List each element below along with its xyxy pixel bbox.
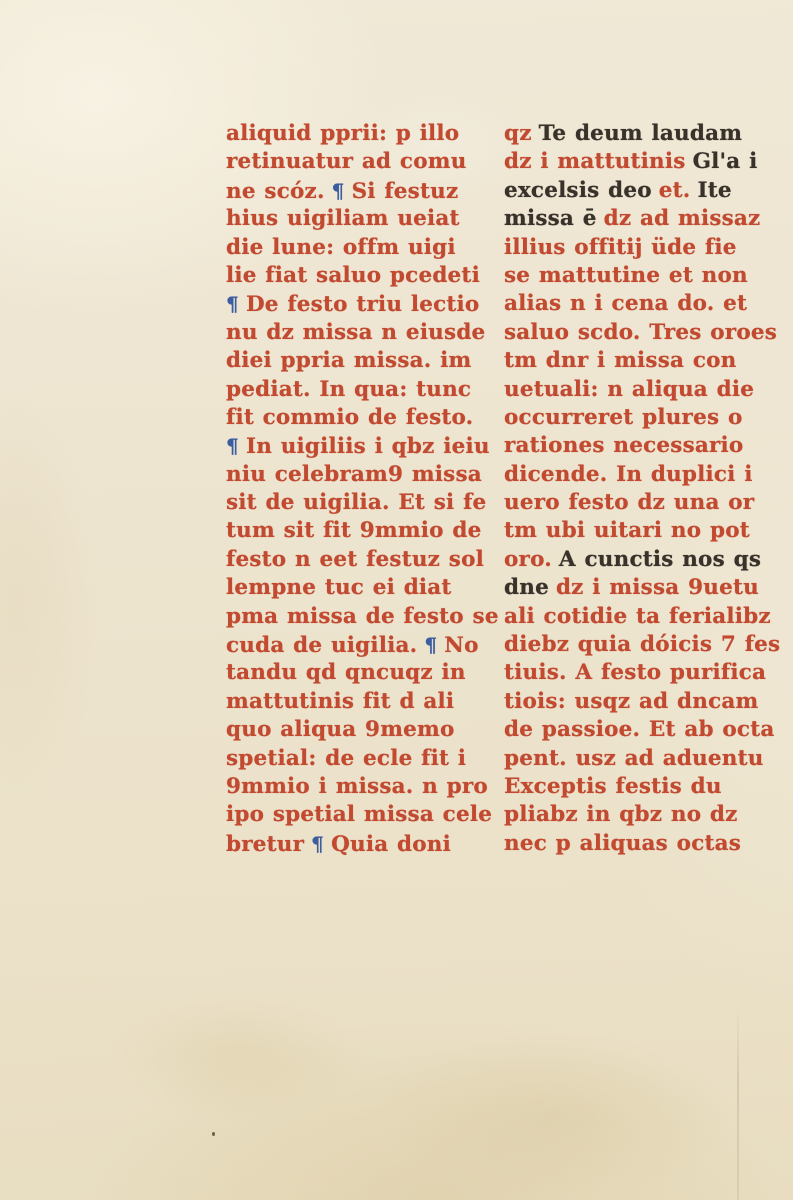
manuscript-line: uero festo dz una or: [504, 489, 760, 517]
text-segment: 9mmio i missa. n pro: [226, 774, 488, 799]
text-segment: Ite: [697, 178, 731, 203]
manuscript-line: oro.A cunctis nos qs: [504, 546, 760, 574]
text-segment: excelsis deo: [504, 178, 652, 203]
manuscript-line: pent. usz ad aduentu: [504, 745, 760, 773]
manuscript-line: Exceptis festis du: [504, 773, 760, 801]
text-segment: et.: [659, 178, 691, 203]
manuscript-line: pliabz in qbz no dz: [504, 801, 760, 829]
manuscript-line: ne scóz.¶Si festuz: [226, 177, 474, 205]
text-segment: tiuis. A festo purifica: [504, 660, 766, 685]
text-segment: illius offitij üde fie: [504, 235, 737, 260]
manuscript-line: niu celebram9 missa: [226, 461, 474, 489]
text-segment: se mattutine et non: [504, 263, 748, 288]
text-segment: diebz quia dóicis 7 fes: [504, 632, 780, 657]
text-segment: occurreret plures o: [504, 405, 742, 430]
text-segment: lie fiat saluo pcedeti: [226, 263, 480, 288]
manuscript-line: illius offitij üde fie: [504, 234, 760, 262]
text-segment: de passioe. Et ab octa: [504, 717, 774, 742]
manuscript-line: aliquid pprii: p illo: [226, 120, 474, 148]
manuscript-line: uetuali: n aliqua die: [504, 376, 760, 404]
manuscript-line: tandu qd qncuqz in: [226, 659, 474, 687]
text-segment: cuda de uigilia.: [226, 633, 417, 658]
manuscript-line: lempne tuc ei diat: [226, 574, 474, 602]
manuscript-line: occurreret plures o: [504, 404, 760, 432]
text-segment: tum sit fit 9mmio de: [226, 518, 481, 543]
text-segment: bretur: [226, 832, 304, 857]
text-segment: Gl'a i: [693, 149, 758, 174]
manuscript-line: tum sit fit 9mmio de: [226, 517, 474, 545]
manuscript-line: festo n eet festuz sol: [226, 546, 474, 574]
text-segment: tm ubi uitari no pot: [504, 518, 750, 543]
manuscript-line: dnedz i missa 9uetu: [504, 574, 760, 602]
manuscript-line: diebz quia dóicis 7 fes: [504, 631, 760, 659]
text-segment: pent. usz ad aduentu: [504, 746, 764, 771]
manuscript-page: aliquid pprii: p illoretinuatur ad comun…: [0, 0, 793, 1200]
text-segment: pliabz in qbz no dz: [504, 802, 738, 827]
manuscript-line: rationes necessario: [504, 432, 760, 460]
manuscript-line: ¶In uigiliis i qbz ieiu: [226, 432, 474, 460]
manuscript-line: fit commio de festo.: [226, 404, 474, 432]
text-column-left: aliquid pprii: p illoretinuatur ad comun…: [226, 120, 474, 858]
manuscript-line: spetial: de ecle fit i: [226, 745, 474, 773]
text-segment: tm dnr i missa con: [504, 348, 737, 373]
page-edge-shadow: [737, 1005, 739, 1200]
text-segment: sit de uigilia. Et si fe: [226, 490, 486, 515]
text-segment: dicende. In duplici i: [504, 462, 753, 487]
manuscript-line: retinuatur ad comu: [226, 148, 474, 176]
manuscript-line: se mattutine et non: [504, 262, 760, 290]
manuscript-line: hius uigiliam ueiat: [226, 205, 474, 233]
manuscript-line: diei ppria missa. im: [226, 347, 474, 375]
text-segment: A cunctis nos qs: [559, 547, 761, 572]
manuscript-line: ipo spetial missa cele: [226, 801, 474, 829]
manuscript-line: 9mmio i missa. n pro: [226, 773, 474, 801]
text-segment: Si festuz: [352, 179, 459, 204]
text-segment: Quia doni: [331, 832, 451, 857]
manuscript-line: tiuis. A festo purifica: [504, 659, 760, 687]
text-segment: Exceptis festis du: [504, 774, 722, 799]
ink-speck: [212, 1132, 215, 1136]
manuscript-line: sit de uigilia. Et si fe: [226, 489, 474, 517]
manuscript-line: ¶De festo triu lectio: [226, 290, 474, 318]
paraph-mark: ¶: [332, 179, 345, 203]
text-segment: saluo scdo. Tres oroes: [504, 320, 777, 345]
text-segment: mattutinis fit d ali: [226, 689, 454, 714]
paraph-mark: ¶: [424, 633, 437, 657]
text-segment: nu dz missa n eiusde: [226, 320, 485, 345]
manuscript-line: tm ubi uitari no pot: [504, 517, 760, 545]
text-segment: spetial: de ecle fit i: [226, 746, 466, 771]
manuscript-line: tm dnr i missa con: [504, 347, 760, 375]
text-segment: nec p aliquas octas: [504, 831, 741, 856]
text-segment: ali cotidie ta ferialibz: [504, 604, 771, 629]
text-segment: festo n eet festuz sol: [226, 547, 484, 572]
text-segment: rationes necessario: [504, 433, 743, 458]
text-segment: uero festo dz una or: [504, 490, 754, 515]
text-segment: dz ad missaz: [604, 206, 761, 231]
manuscript-line: missa ēdz ad missaz: [504, 205, 760, 233]
text-segment: ipo spetial missa cele: [226, 802, 492, 827]
manuscript-line: ali cotidie ta ferialibz: [504, 603, 760, 631]
manuscript-line: mattutinis fit d ali: [226, 688, 474, 716]
text-segment: uetuali: n aliqua die: [504, 377, 754, 402]
manuscript-line: die lune: offm uigi: [226, 234, 474, 262]
text-segment: In uigiliis i qbz ieiu: [246, 434, 490, 459]
text-segment: dz i missa 9uetu: [556, 575, 759, 600]
text-segment: hius uigiliam ueiat: [226, 206, 460, 231]
text-segment: dne: [504, 575, 549, 600]
manuscript-line: nec p aliquas octas: [504, 830, 760, 858]
text-segment: retinuatur ad comu: [226, 149, 467, 174]
manuscript-line: quo aliqua 9memo: [226, 716, 474, 744]
text-segment: niu celebram9 missa: [226, 462, 482, 487]
text-segment: Te deum laudam: [539, 121, 743, 146]
manuscript-line: dicende. In duplici i: [504, 461, 760, 489]
manuscript-line: dz i mattutinisGl'a i: [504, 148, 760, 176]
text-segment: pediat. In qua: tunc: [226, 377, 471, 402]
manuscript-line: pma missa de festo se: [226, 603, 474, 631]
text-segment: tiois: usqz ad dncam: [504, 689, 758, 714]
manuscript-line: nu dz missa n eiusde: [226, 319, 474, 347]
text-segment: pma missa de festo se: [226, 604, 499, 629]
manuscript-line: alias n i cena do. et: [504, 290, 760, 318]
text-segment: diei ppria missa. im: [226, 348, 471, 373]
text-segment: quo aliqua 9memo: [226, 717, 455, 742]
text-segment: dz i mattutinis: [504, 149, 686, 174]
text-segment: aliquid pprii: p illo: [226, 121, 459, 146]
text-segment: ne scóz.: [226, 179, 325, 204]
text-column-right: qzTe deum laudamdz i mattutinisGl'a iexc…: [504, 120, 760, 858]
manuscript-line: tiois: usqz ad dncam: [504, 688, 760, 716]
paraph-mark: ¶: [311, 832, 324, 856]
text-segment: missa ē: [504, 206, 597, 231]
manuscript-line: excelsis deoet.Ite: [504, 177, 760, 205]
manuscript-line: bretur¶Quia doni: [226, 830, 474, 858]
text-segment: alias n i cena do. et: [504, 291, 747, 316]
manuscript-line: qzTe deum laudam: [504, 120, 760, 148]
text-segment: fit commio de festo.: [226, 405, 473, 430]
text-segment: lempne tuc ei diat: [226, 575, 452, 600]
paraph-mark: ¶: [226, 434, 239, 458]
text-segment: oro.: [504, 547, 552, 572]
manuscript-line: saluo scdo. Tres oroes: [504, 319, 760, 347]
text-segment: De festo triu lectio: [246, 292, 480, 317]
text-segment: tandu qd qncuqz in: [226, 660, 466, 685]
manuscript-line: cuda de uigilia.¶No: [226, 631, 474, 659]
text-segment: qz: [504, 121, 532, 146]
text-segment: No: [444, 633, 478, 658]
paraph-mark: ¶: [226, 292, 239, 316]
text-segment: die lune: offm uigi: [226, 235, 456, 260]
manuscript-line: lie fiat saluo pcedeti: [226, 262, 474, 290]
manuscript-line: de passioe. Et ab octa: [504, 716, 760, 744]
manuscript-line: pediat. In qua: tunc: [226, 376, 474, 404]
